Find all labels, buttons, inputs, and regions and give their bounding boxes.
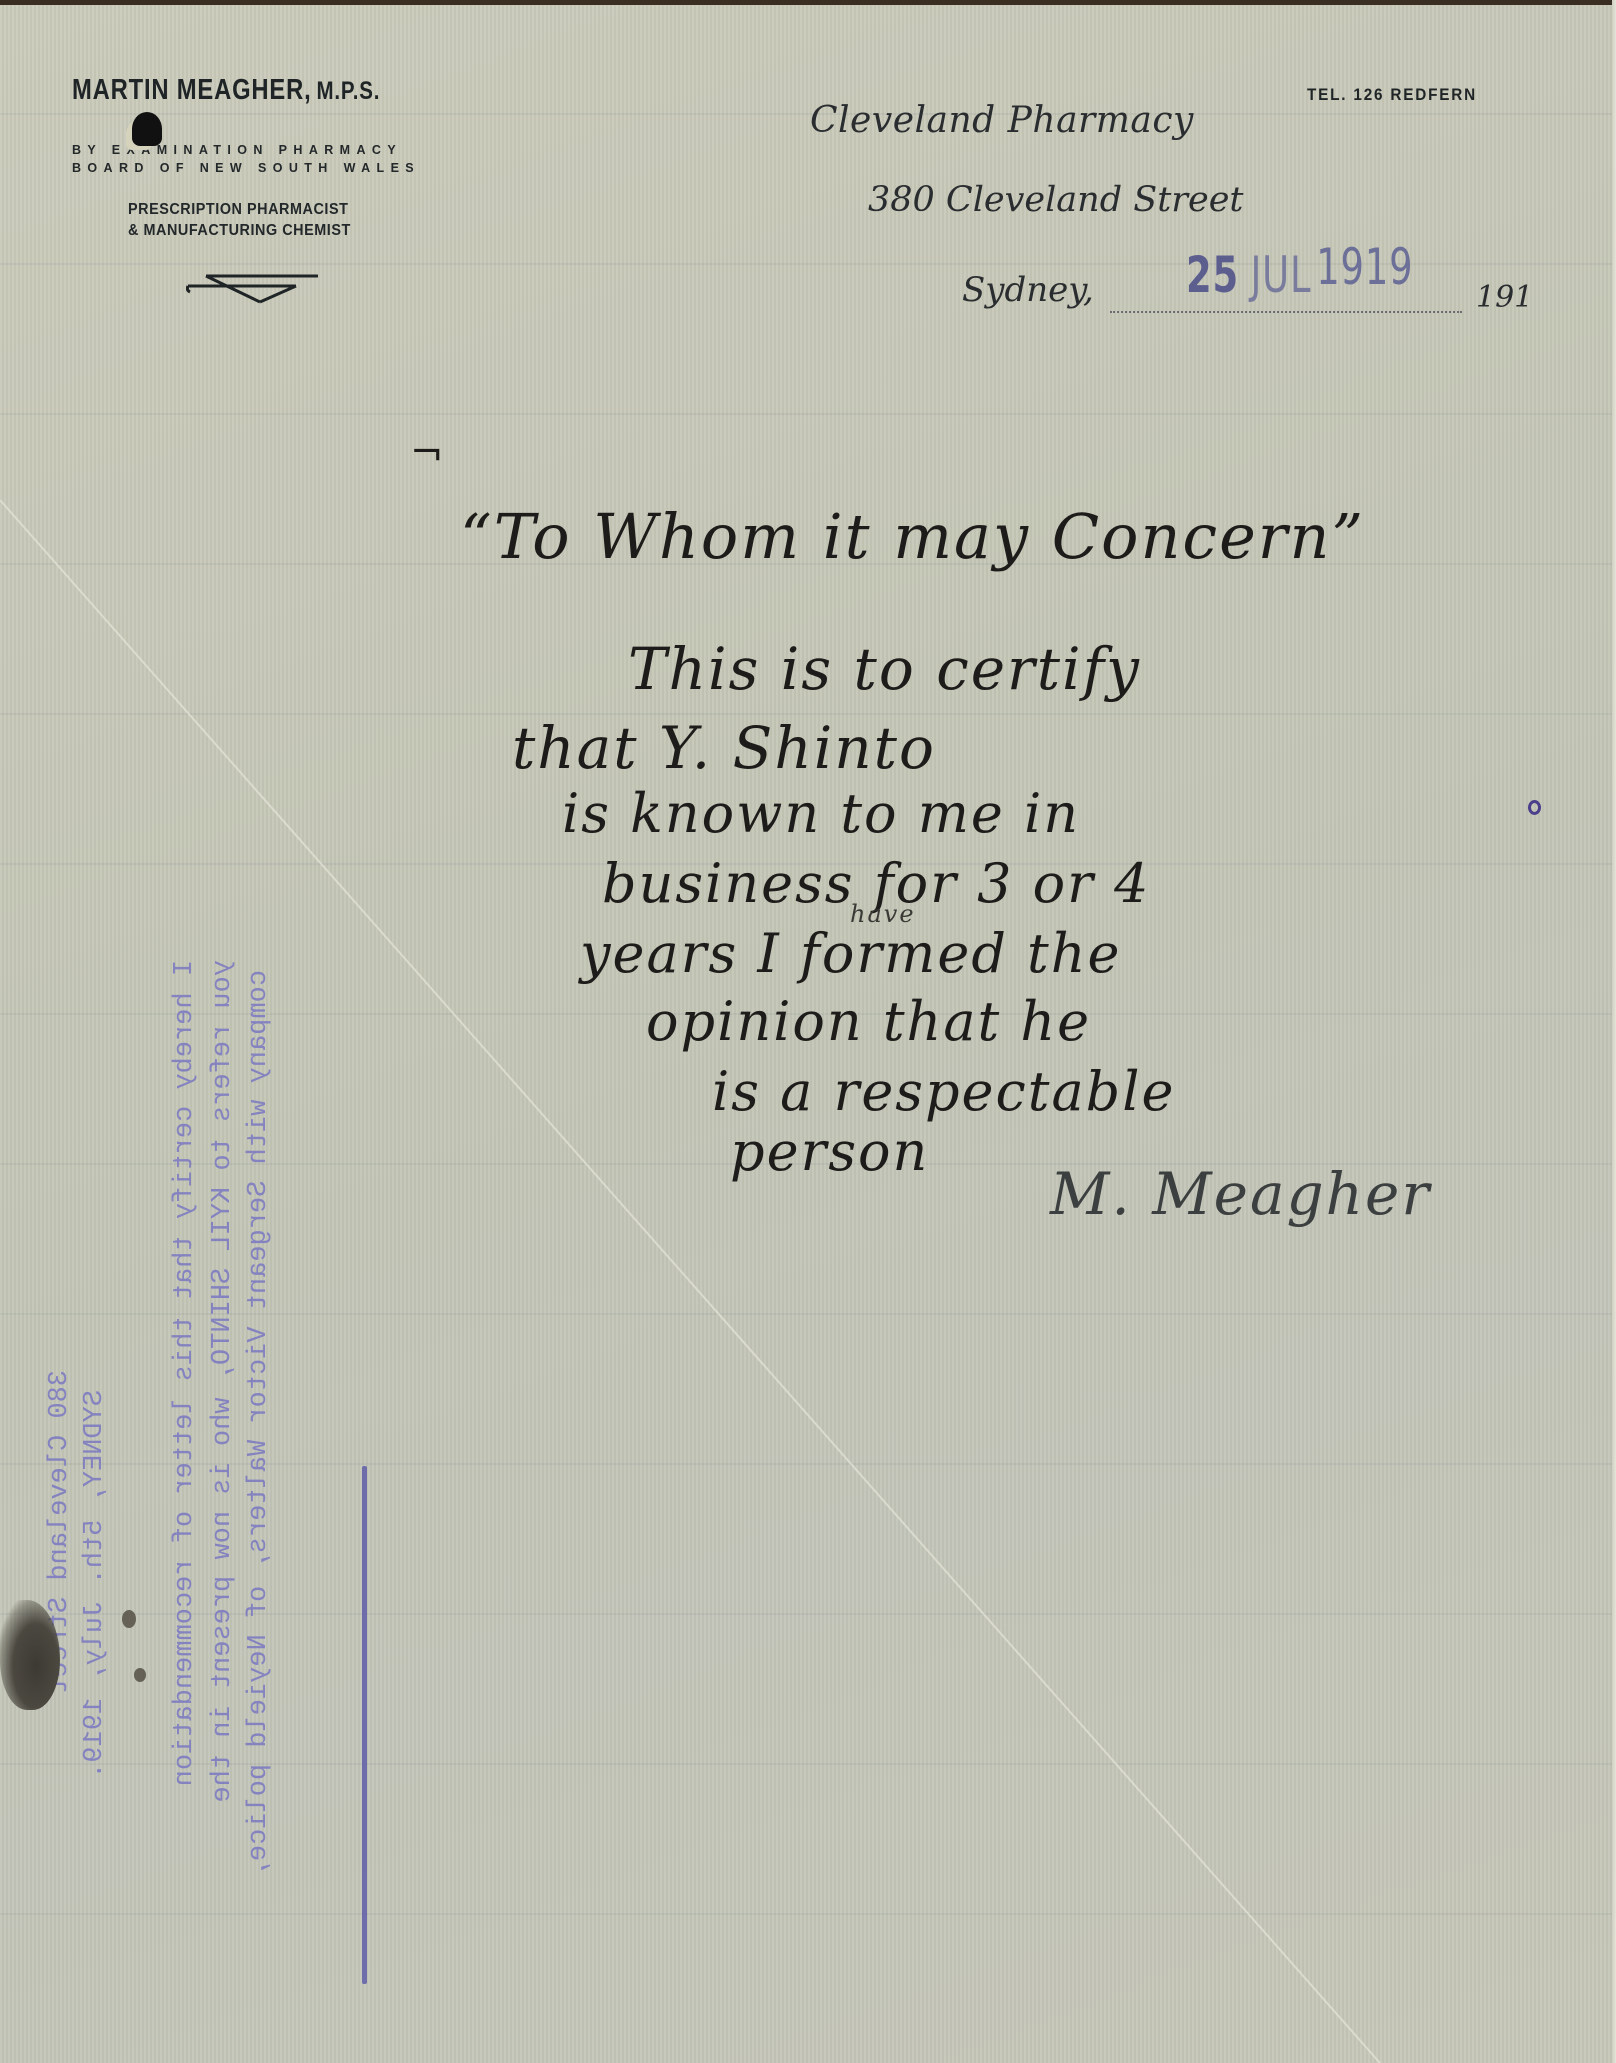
city: Sydney, <box>962 270 1094 310</box>
bleed-through-line-3: company with Sergeant Victor Walters, of… <box>244 970 274 1877</box>
pharmacist-name: MARTIN MEAGHER, <box>72 74 312 106</box>
letter-line: years I formed the <box>580 922 1122 985</box>
ink-spot <box>122 1610 136 1628</box>
letter-line: This is to certify <box>628 635 1141 703</box>
ink-spot <box>134 1668 146 1682</box>
street-address: 380 Cleveland Street <box>868 180 1244 220</box>
punch-hole <box>132 112 162 146</box>
opening-quote-mark: ¬ <box>410 430 446 476</box>
ink-ring-mark <box>1528 800 1541 815</box>
board-line-2: BOARD OF NEW SOUTH WALES <box>72 161 450 175</box>
bleed-through-date: SYDNEY, 5th. July, 1919. <box>80 1390 110 1779</box>
letter-line: opinion that he <box>646 990 1091 1053</box>
year-prefix: 191 <box>1476 280 1533 315</box>
letter-line: is known to me in <box>562 782 1080 845</box>
board-line-1: BY EXAMINATION PHARMACY <box>72 143 450 157</box>
bleed-through-line-2: you refers to KYIL SHINTO, who is now pr… <box>208 960 238 1803</box>
letterhead-left: MARTIN MEAGHER,M.P.S. BY EXAMINATION PHA… <box>72 74 450 240</box>
rx-symbol-icon <box>186 272 322 306</box>
stamp-day: 25 <box>1186 246 1239 304</box>
letter-line: that Y. Shinto <box>512 714 936 782</box>
letterhead-name: MARTIN MEAGHER,M.P.S. <box>72 74 382 107</box>
date-stamp: 25JUL1919 <box>1186 246 1413 304</box>
paper-top-edge <box>0 0 1616 5</box>
bleed-through-line-1: I hereby certify that this letter of rec… <box>170 960 200 1786</box>
bleed-through-rule <box>362 1466 367 1984</box>
signature: M. Meagher <box>1050 1160 1431 1228</box>
role-line-2: & MANUFACTURING CHEMIST <box>128 222 418 240</box>
credential: M.P.S. <box>316 77 380 105</box>
stamp-year: 1919 <box>1316 238 1413 296</box>
role-line-1: PRESCRIPTION PHARMACIST <box>128 201 418 219</box>
letter-line: is a respectable <box>712 1060 1175 1123</box>
paper-right-edge <box>1612 0 1616 2063</box>
date-dotted-line <box>1110 311 1462 313</box>
stamp-month: JUL <box>1250 246 1311 304</box>
salutation: “To Whom it may Concern” <box>460 500 1365 573</box>
pharmacy-name: Cleveland Pharmacy <box>810 100 1194 141</box>
telephone: TEL. 126 REDFERN <box>1307 85 1477 105</box>
letter-line: person <box>730 1120 929 1183</box>
